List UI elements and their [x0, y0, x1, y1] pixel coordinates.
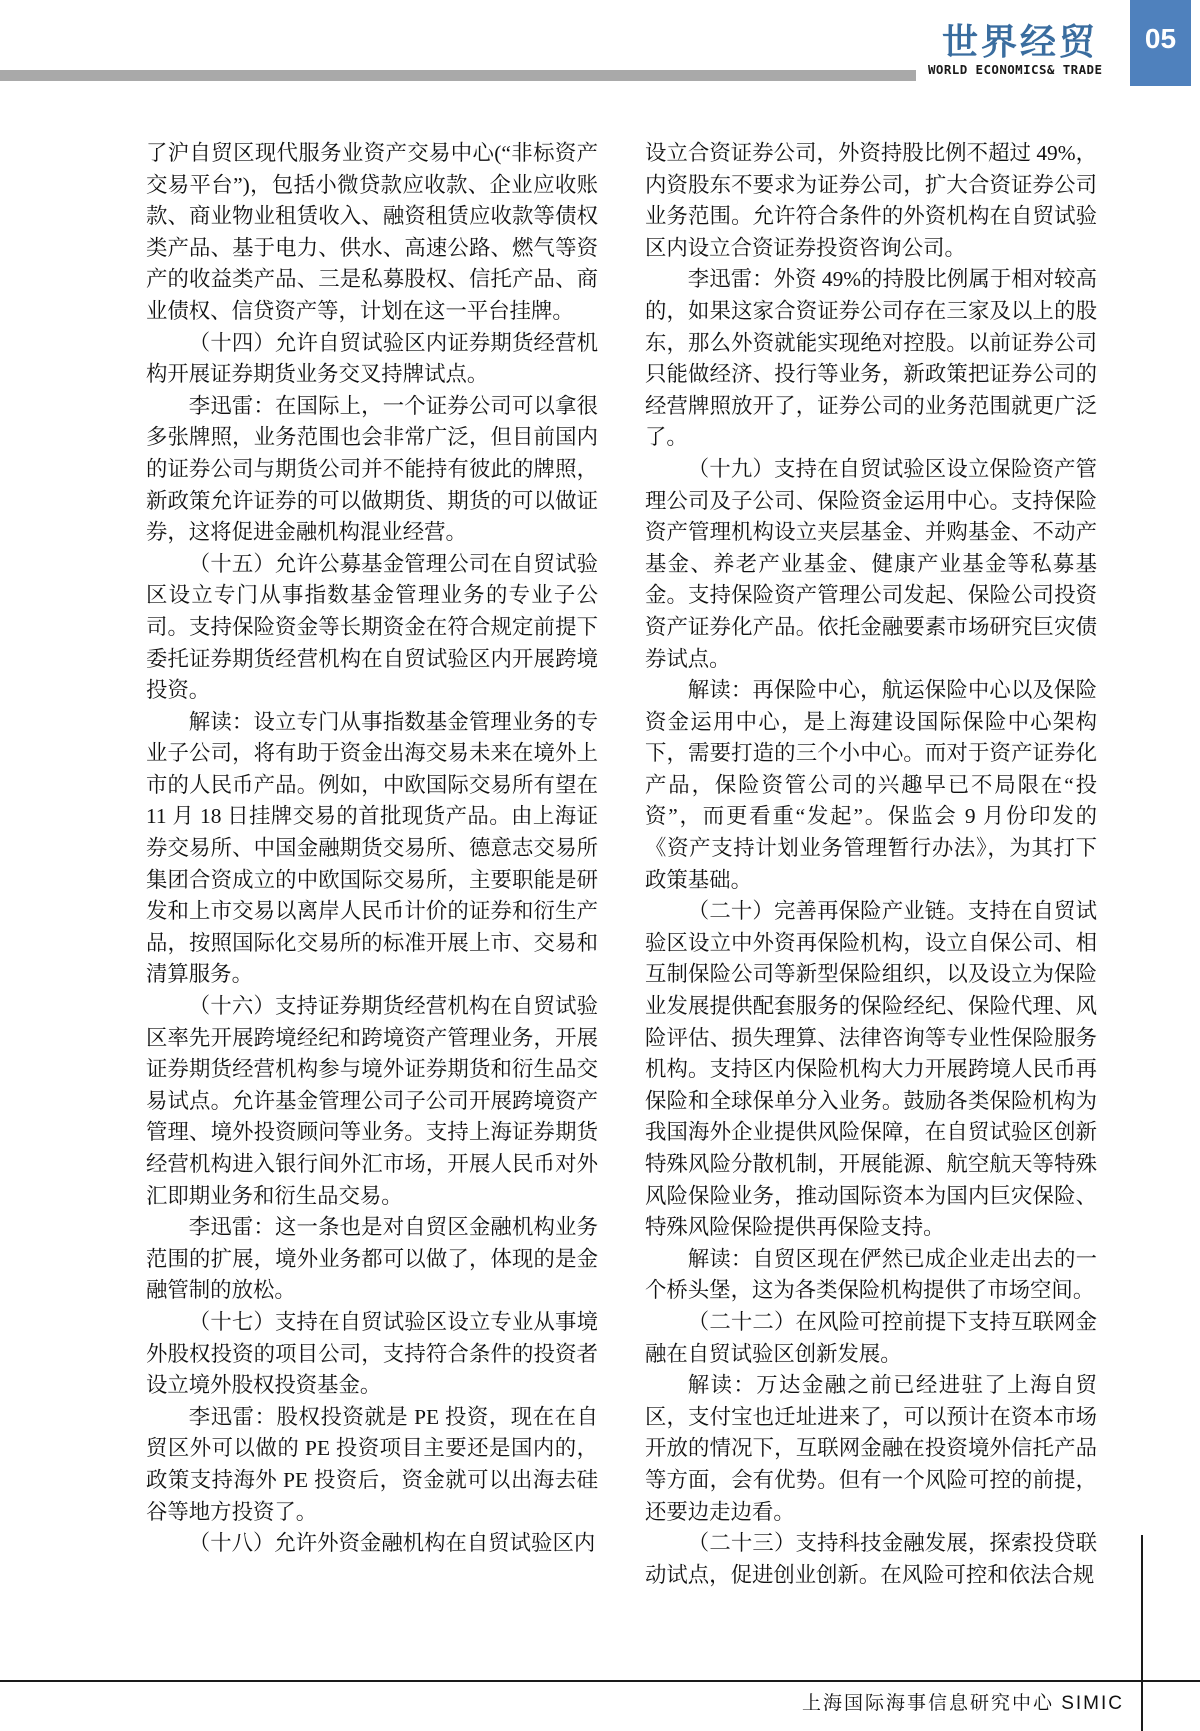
paragraph: （十九）支持在自贸试验区设立保险资产管理公司及子公司、保险资金运用中心。支持保险…	[645, 454, 1097, 675]
paragraph: （十八）允许外资金融机构在自贸试验区内	[146, 1528, 598, 1560]
footer-horizontal-rule	[0, 1680, 1200, 1682]
page-number: 05	[1145, 23, 1176, 55]
paragraph: 李迅雷：外资 49%的持股比例属于相对较高的，如果这家合资证券公司存在三家及以上…	[645, 264, 1097, 454]
paragraph: （二十三）支持科技金融发展，探索投贷联动试点，促进创业创新。在风险可控和依法合规	[645, 1528, 1097, 1591]
paragraph: （十六）支持证券期货经营机构在自贸试验区率先开展跨境经纪和跨境资产管理业务，开展…	[146, 991, 598, 1212]
paragraph: 李迅雷：股权投资就是 PE 投资，现在在自贸区外可以做的 PE 投资项目主要还是…	[146, 1402, 598, 1528]
paragraph: 解读：设立专门从事指数基金管理业务的专业子公司，将有助于资金出海交易未来在境外上…	[146, 707, 598, 991]
left-text-column: 了沪自贸区现代服务业资产交易中心(“非标资产交易平台”)，包括小微贷款应收款、企…	[146, 138, 598, 1560]
paragraph: （十四）允许自贸试验区内证券期货经营机构开展证券期货业务交叉持牌试点。	[146, 328, 598, 391]
paragraph: 解读：再保险中心，航运保险中心以及保险资金运用中心，是上海建设国际保险中心架构下…	[645, 675, 1097, 896]
paragraph: 解读：万达金融之前已经进驻了上海自贸区，支付宝也迁址进来了，可以预计在资本市场开…	[645, 1370, 1097, 1528]
right-text-column: 设立合资证券公司，外资持股比例不超过 49%，内资股东不要求为证券公司，扩大合资…	[645, 138, 1097, 1591]
paragraph: 李迅雷：在国际上，一个证券公司可以拿很多张牌照，业务范围也会非常广泛，但目前国内…	[146, 391, 598, 549]
paragraph: 了沪自贸区现代服务业资产交易中心(“非标资产交易平台”)，包括小微贷款应收款、企…	[146, 138, 598, 328]
footer-organization: 上海国际海事信息研究中心 SIMIC	[0, 1688, 1124, 1715]
paragraph: （二十二）在风险可控前提下支持互联网金融在自贸试验区创新发展。	[645, 1307, 1097, 1370]
section-subtitle: WORLD ECONOMICS& TRADE	[928, 62, 1102, 77]
paragraph: 解读：自贸区现在俨然已成企业走出去的一个桥头堡，这为各类保险机构提供了市场空间。	[645, 1244, 1097, 1307]
paragraph: 李迅雷：这一条也是对自贸区金融机构业务范围的扩展，境外业务都可以做了，体现的是金…	[146, 1212, 598, 1307]
paragraph: 设立合资证券公司，外资持股比例不超过 49%，内资股东不要求为证券公司，扩大合资…	[645, 138, 1097, 264]
section-title: 世界经贸	[942, 14, 1098, 65]
paragraph: （十五）允许公募基金管理公司在自贸试验区设立专门从事指数基金管理业务的专业子公司…	[146, 549, 598, 707]
paragraph: （二十）完善再保险产业链。支持在自贸试验区设立中外资再保险机构，设立自保公司、相…	[645, 896, 1097, 1244]
footer-vertical-rule	[1141, 1535, 1143, 1731]
paragraph: （十七）支持在自贸试验区设立专业从事境外股权投资的项目公司，支持符合条件的投资者…	[146, 1307, 598, 1402]
header-divider-bar	[0, 70, 916, 81]
magazine-page: 世界经贸 WORLD ECONOMICS& TRADE 05 了沪自贸区现代服务…	[0, 0, 1200, 1731]
page-number-badge: 05	[1130, 0, 1191, 86]
